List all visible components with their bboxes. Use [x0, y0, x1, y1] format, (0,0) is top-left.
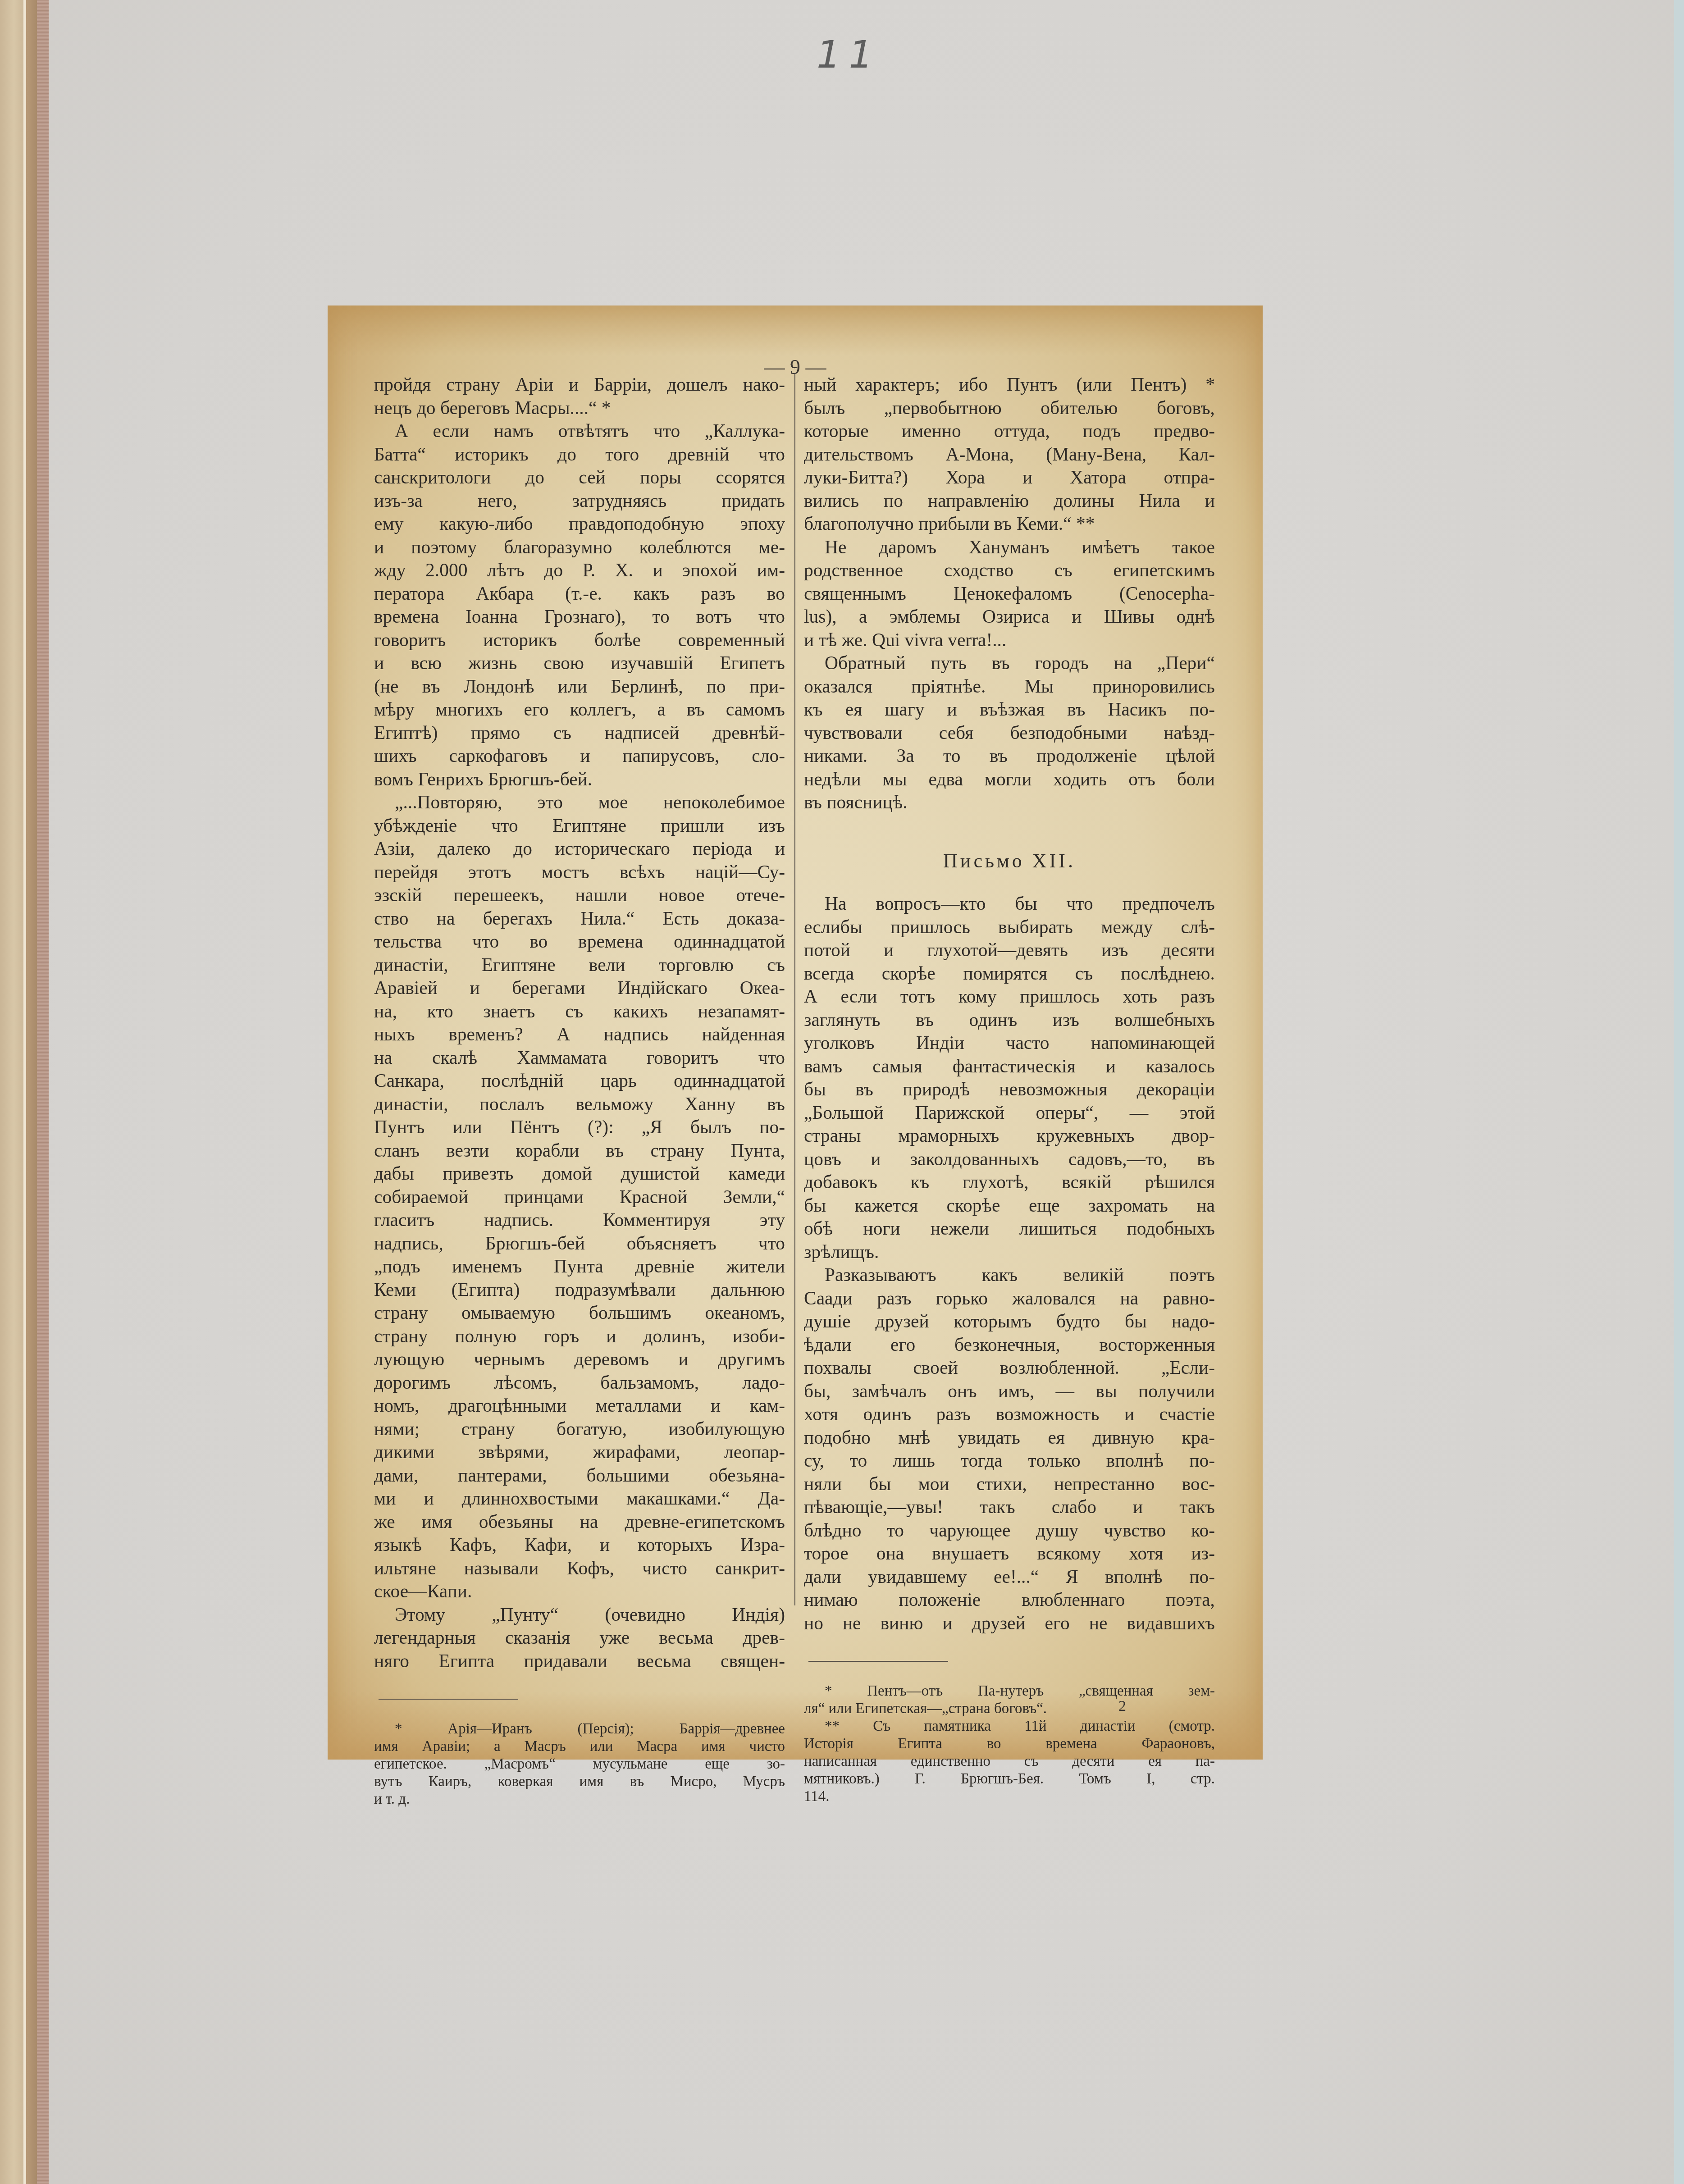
text-line: легендарныя сказанiя уже весьма древ- [374, 1626, 785, 1650]
text-line: добавокъ къ глухотѣ, всякiй рѣшился [804, 1171, 1215, 1194]
sheet-signature: 2 [1118, 1698, 1126, 1715]
text-line: дабы привезть домой душистой камеди [374, 1162, 785, 1185]
text-line: дительствомъ А-Мона, (Ману-Вена, Кал- [804, 443, 1215, 466]
text-line: вамъ самыя фантастическiя и казалось [804, 1055, 1215, 1078]
text-line: Египтѣ) прямо съ надписей древнѣй- [374, 721, 785, 745]
text-line: благополучно прибыли въ Кеми.“ ** [804, 512, 1215, 536]
text-line: ми и длиннохвостыми макашками.“ Да- [374, 1487, 785, 1510]
text-line: гласитъ надпись. Комментируя эту [374, 1208, 785, 1232]
text-line: Этому „Пунту“ (очевидно Индiя) [374, 1603, 785, 1627]
text-line: и всю жизнь свою изучавшiй Египетъ [374, 652, 785, 675]
book-edge-inner [26, 0, 37, 2184]
text-line: луки-Битта?) Хора и Хатора отпра- [804, 466, 1215, 489]
text-line: (не въ Лондонѣ или Берлинѣ, по при- [374, 675, 785, 698]
text-line: бы кажется скорѣе еще захромать на [804, 1194, 1215, 1217]
text-line: шихъ саркофаговъ и папирусовъ, сло- [374, 744, 785, 768]
text-line: изъ-за него, затрудняясь придать [374, 489, 785, 513]
section-heading: Письмо XII. [804, 849, 1215, 873]
text-line: священнымъ Ценокефаломъ (Cenocepha- [804, 582, 1215, 606]
text-line: ему какую-либо правдоподобную эпоху [374, 512, 785, 536]
text-line: былъ „первобытною обителью боговъ, [804, 397, 1215, 420]
text-line: няго Египта придавали весьма священ- [374, 1650, 785, 1673]
text-line: Саади разъ горько жаловался на равно- [804, 1287, 1215, 1310]
text-line: номъ, драгоцѣнными металлами и кам- [374, 1394, 785, 1418]
text-line: на скалѣ Хаммамата говоритъ что [374, 1046, 785, 1070]
right-column-letter-body: На вопросъ—кто бы что предпочелъеслибы п… [804, 892, 1215, 1635]
text-line: никами. За то въ продолженiе цѣлой [804, 744, 1215, 768]
text-line: страны мраморныхъ кружевныхъ двор- [804, 1124, 1215, 1148]
text-line: торое она внушаетъ всякому хотя из- [804, 1542, 1215, 1565]
text-line: дорогимъ лѣсомъ, бальзамомъ, ладо- [374, 1371, 785, 1395]
text-line: А если намъ отвѣтятъ что „Каллука- [374, 419, 785, 443]
text-line: времена Iоанна Грознаго), то вотъ что [374, 605, 785, 629]
text-line: „подъ именемъ Пунта древнiе жители [374, 1255, 785, 1278]
text-line: въ поясницѣ. [804, 791, 1215, 814]
text-line: собираемой принцами Красной Земли,“ [374, 1185, 785, 1209]
text-line: надпись, Брюгшъ-бей объясняетъ что [374, 1232, 785, 1255]
text-line: страну полную горъ и долинъ, изоби- [374, 1325, 785, 1348]
text-line: ператора Акбара (т.-е. какъ разъ во [374, 582, 785, 606]
text-line: похвалы своей возлюбленной. „Если- [804, 1356, 1215, 1380]
text-line: Разказываютъ какъ великiй поэтъ [804, 1263, 1215, 1287]
handwritten-folio-number: 11 [817, 32, 881, 77]
text-line: Пунтъ или Пёнтъ (?): „Я былъ по- [374, 1116, 785, 1139]
text-line: убѣжденiе что Египтяне пришли изъ [374, 814, 785, 838]
text-line: вутъ Каиръ, коверкая имя въ Мисро, Мусръ [374, 1773, 785, 1791]
text-line: бы, замѣчалъ онъ имъ, — вы получили [804, 1380, 1215, 1403]
text-line: заглянуть въ одинъ изъ волшебныхъ [804, 1008, 1215, 1032]
text-line: lus), а эмблемы Озириса и Шивы однѣ [804, 605, 1215, 629]
text-line: Не даромъ Хануманъ имѣетъ такое [804, 536, 1215, 559]
text-line: чувствовали себя безподобными наѣзд- [804, 721, 1215, 745]
text-line: эзскiй перешеекъ, нашли новое отече- [374, 884, 785, 907]
text-line: недѣли мы едва могли ходить отъ боли [804, 768, 1215, 791]
page-corner-background [1674, 0, 1684, 2184]
text-line: Исторiя Египта во времена Фараоновъ, [804, 1735, 1215, 1753]
text-line: пройдя страну Арiи и Баррiи, дошелъ нако… [374, 373, 785, 397]
text-line: 114. [804, 1788, 1215, 1806]
text-line: ство на берегахъ Нила.“ Есть доказа- [374, 907, 785, 930]
right-column: ный характеръ; ибо Пунтъ (или Пентъ) *бы… [804, 373, 1215, 1806]
text-line: на, кто знаетъ съ какихъ незапамят- [374, 1000, 785, 1023]
text-line: лующую чернымъ деревомъ и другимъ [374, 1348, 785, 1371]
text-line: всегда скорѣе помирятся съ послѣднею. [804, 962, 1215, 985]
text-line: мѣру многихъ его коллегъ, а въ самомъ [374, 698, 785, 721]
text-line: хотя одинъ разъ возможность и счастiе [804, 1403, 1215, 1426]
text-line: нецъ до береговъ Масры....“ * [374, 397, 785, 420]
text-line: „...Повторяю, это мое непоколебимое [374, 791, 785, 814]
text-line: написанная единственно съ десяти ея па- [804, 1753, 1215, 1770]
left-footnotes: * Арiя—Иранъ (Персiя); Баррiя—древнееимя… [374, 1720, 785, 1808]
text-line: египетское. „Масромъ“ мусульмане еще зо- [374, 1755, 785, 1773]
text-line: Азiи, далеко до историческаго перiода и [374, 837, 785, 861]
text-line: имя Аравiи; а Масръ или Масра имя чисто [374, 1738, 785, 1755]
text-line: нимаю положенiе влюбленнаго поэта, [804, 1588, 1215, 1612]
text-line: и тѣ же. Qui vivra verra!... [804, 629, 1215, 652]
text-line: пѣвающiе,—увы! такъ слабо и такъ [804, 1496, 1215, 1519]
text-line: ный характеръ; ибо Пунтъ (или Пентъ) * [804, 373, 1215, 397]
text-line: няли бы мои стихи, непрестанно вос- [804, 1473, 1215, 1496]
text-line: Кеми (Египта) подразумѣвали дальнюю [374, 1278, 785, 1302]
text-line: страну омываемую большимъ океаномъ, [374, 1301, 785, 1325]
text-line: вомъ Генрихъ Брюгшъ-бей. [374, 768, 785, 791]
text-line: ѣдали его безконечныя, восторженныя [804, 1333, 1215, 1357]
text-line: ское—Капи. [374, 1580, 785, 1603]
right-footnotes: * Пентъ—отъ Па-нутеръ „священная зем-ля“… [804, 1682, 1215, 1806]
text-line: которые именно оттуда, подъ предво- [804, 419, 1215, 443]
column-divider [794, 373, 795, 1605]
text-line: цовъ и заколдованныхъ садовъ,—то, въ [804, 1148, 1215, 1171]
text-line: родственное сходство съ египетскимъ [804, 559, 1215, 582]
text-line: дикими звѣрями, жирафами, леопар- [374, 1441, 785, 1464]
text-line: * Пентъ—отъ Па-нутеръ „священная зем- [804, 1682, 1215, 1700]
book-edge-outer [0, 0, 23, 2184]
footnote-rule [379, 1699, 518, 1700]
text-line: вились по направленiю долины Нила и [804, 489, 1215, 513]
newspaper-clipping: — 9 — пройдя страну Арiи и Баррiи, дошел… [328, 305, 1263, 1760]
text-line: къ ея шагу и въѣзжая въ Насикъ по- [804, 698, 1215, 721]
left-column: пройдя страну Арiи и Баррiи, дошелъ нако… [374, 373, 785, 1808]
text-line: и т. д. [374, 1791, 785, 1808]
text-line: династiи, Египтяне вели торговлю съ [374, 953, 785, 977]
text-line: и поэтому благоразумно колеблются ме- [374, 536, 785, 559]
text-line: династiи, послалъ вельможу Ханну въ [374, 1093, 785, 1116]
text-line: уголковъ Индiи часто напоминающей [804, 1031, 1215, 1055]
text-line: ля“ или Египетская—„страна боговъ“. [804, 1700, 1215, 1718]
text-line: А если тотъ кому пришлось хоть разъ [804, 985, 1215, 1008]
text-line: ** Съ памятника 11й династiи (смотр. [804, 1718, 1215, 1735]
text-line: еслибы пришлось выбирать между слѣ- [804, 916, 1215, 939]
text-line: На вопросъ—кто бы что предпочелъ [804, 892, 1215, 916]
text-line: мятниковъ.) Г. Брюгшъ-Бея. Томъ I, стр. [804, 1770, 1215, 1788]
text-line: жду 2.000 лѣтъ до Р. Х. и эпохой им- [374, 559, 785, 582]
text-line: Обратный путь въ городъ на „Пери“ [804, 652, 1215, 675]
text-line: сланъ везти корабли въ страну Пунта, [374, 1139, 785, 1163]
footnote-rule [808, 1661, 948, 1662]
text-line: * Арiя—Иранъ (Персiя); Баррiя—древнее [374, 1720, 785, 1738]
text-line: оказался прiятнѣе. Мы приноровились [804, 675, 1215, 698]
text-line: „Большой Парижской оперы“, — этой [804, 1101, 1215, 1125]
text-line: ильтяне называли Кофъ, чисто санкрит- [374, 1557, 785, 1580]
text-line: Санкара, послѣднiй царь одиннадцатой [374, 1069, 785, 1093]
text-line: подобно мнѣ увидать ея дивную кра- [804, 1426, 1215, 1450]
text-line: зрѣлищъ. [804, 1240, 1215, 1264]
text-line: су, то лишь тогда только вполнѣ по- [804, 1449, 1215, 1473]
text-line: же имя обезьяны на древне-египетскомъ [374, 1510, 785, 1534]
text-line: но не виню и друзей его не видавшихъ [804, 1612, 1215, 1635]
text-line: говоритъ историкъ болѣе современный [374, 629, 785, 652]
text-line: блѣдно то чарующее душу чувство ко- [804, 1519, 1215, 1542]
text-line: перейдя этотъ мостъ всѣхъ нацiй—Су- [374, 861, 785, 884]
text-line: Аравiей и берегами Индiйскаго Океа- [374, 976, 785, 1000]
text-line: ныхъ временъ? А надпись найденная [374, 1023, 785, 1046]
text-line: санскритологи до сей поры ссорятся [374, 466, 785, 489]
text-line: нями; страну богатую, изобилующую [374, 1418, 785, 1441]
text-line: языкѣ Кафъ, Кафи, и которыхъ Изра- [374, 1533, 785, 1557]
book-spine-cloth [37, 0, 49, 2184]
right-column-body: ный характеръ; ибо Пунтъ (или Пентъ) *бы… [804, 373, 1215, 814]
text-line: тельства что во времена одиннадцатой [374, 930, 785, 953]
text-line: дами, пантерами, большими обезьяна- [374, 1464, 785, 1487]
left-column-body: пройдя страну Арiи и Баррiи, дошелъ нако… [374, 373, 785, 1673]
text-line: потой и глухотой—девять изъ десяти [804, 939, 1215, 962]
top-stain [328, 305, 1263, 355]
text-line: обѣ ноги нежели лишиться подобныхъ [804, 1217, 1215, 1240]
text-line: Батта“ историкъ до того древнiй что [374, 443, 785, 466]
text-line: дали увидавшему ее!...“ Я вполнѣ по- [804, 1565, 1215, 1589]
text-line: бы въ природѣ невозможныя декорацiи [804, 1078, 1215, 1101]
text-line: душiе друзей которымъ будто бы надо- [804, 1310, 1215, 1333]
